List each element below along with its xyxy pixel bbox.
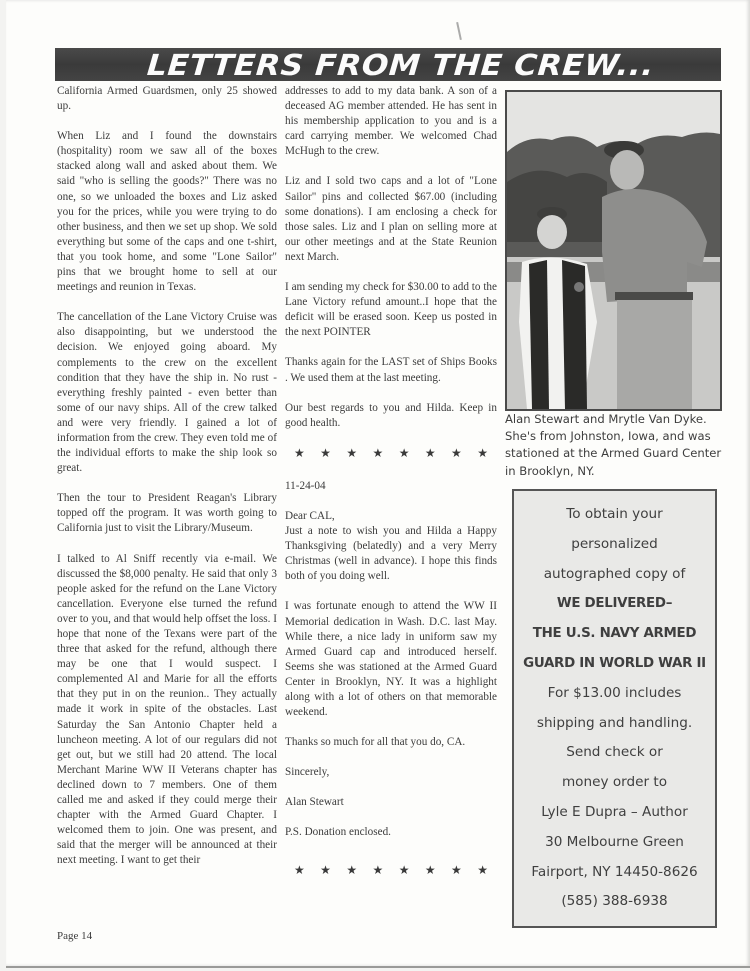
ad-line: money order to [514, 768, 715, 798]
ad-phone: (585) 388-6938 [514, 887, 715, 917]
ad-book-title: GUARD IN WORLD WAR II [514, 649, 715, 679]
page-number: Page 14 [57, 930, 92, 942]
letter-signature: Alan Stewart [285, 795, 497, 810]
column-2: addresses to add to my data bank. A son … [285, 84, 497, 896]
star-icon: ★ [294, 446, 305, 461]
paragraph: Then the tour to President Reagan's Libr… [57, 491, 277, 536]
star-icon: ★ [373, 446, 384, 461]
paragraph: The cancellation of the Lane Victory Cru… [57, 310, 277, 476]
ad-address: Fairport, NY 14450-8626 [514, 858, 715, 888]
ad-price: For $13.00 includes [514, 679, 715, 709]
ad-line: shipping and handling. [514, 709, 715, 739]
paragraph: I was fortunate enough to attend the WW … [285, 599, 497, 720]
star-icon: ★ [320, 863, 331, 878]
ad-book-title: THE U.S. NAVY ARMED [514, 619, 715, 649]
ad-line: autographed copy of [514, 560, 715, 590]
star-icon: ★ [451, 863, 462, 878]
star-icon: ★ [294, 863, 305, 878]
letter-closing: Sincerely, [285, 765, 497, 780]
star-separator: ★ ★ ★ ★ ★ ★ ★ ★ [285, 446, 497, 461]
photo-caption: Alan Stewart and Mrytle Van Dyke. She's … [505, 411, 729, 480]
star-icon: ★ [477, 446, 488, 461]
star-icon: ★ [425, 446, 436, 461]
star-icon: ★ [477, 863, 488, 878]
paragraph: Our best regards to you and Hilda. Keep … [285, 401, 497, 431]
star-icon: ★ [320, 446, 331, 461]
section-title: LETTERS FROM THE CREW... [120, 48, 655, 82]
paragraph: Thanks so much for all that you do, CA. [285, 735, 497, 750]
ad-line: To obtain your [514, 500, 715, 530]
ad-line: personalized [514, 530, 715, 560]
paragraph: Just a note to wish you and Hilda a Happ… [285, 524, 497, 584]
column-1: California Armed Guardsmen, only 25 show… [57, 84, 277, 884]
star-icon: ★ [399, 863, 410, 878]
ad-author: Lyle E Dupra – Author [514, 798, 715, 828]
star-icon: ★ [451, 446, 462, 461]
ad-line: Send check or [514, 738, 715, 768]
paragraph: I am sending my check for $30.00 to add … [285, 280, 497, 340]
star-icon: ★ [425, 863, 436, 878]
star-separator: ★ ★ ★ ★ ★ ★ ★ ★ [285, 863, 497, 878]
letter-salutation: Dear CAL, [285, 509, 497, 524]
newsletter-page: LETTERS FROM THE CREW... California Arme… [6, 0, 750, 968]
scan-mark [456, 22, 462, 40]
paragraph: When Liz and I found the downstairs (hos… [57, 129, 277, 295]
paragraph: addresses to add to my data bank. A son … [285, 84, 497, 159]
paragraph: Liz and I sold two caps and a lot of "Lo… [285, 174, 497, 265]
section-banner: LETTERS FROM THE CREW... [55, 48, 721, 81]
paragraph: I talked to Al Sniff recently via e-mail… [57, 552, 277, 869]
ad-address: 30 Melbourne Green [514, 828, 715, 858]
star-icon: ★ [346, 446, 357, 461]
letter-date: 11-24-04 [285, 479, 497, 494]
paragraph: California Armed Guardsmen, only 25 show… [57, 84, 277, 114]
star-icon: ★ [373, 863, 384, 878]
star-icon: ★ [346, 863, 357, 878]
photo [505, 90, 722, 411]
photo-image [507, 92, 720, 409]
ad-book-title: WE DELIVERED– [514, 589, 715, 619]
star-icon: ★ [399, 446, 410, 461]
paragraph: Thanks again for the LAST set of Ships B… [285, 355, 497, 385]
letter-postscript: P.S. Donation enclosed. [285, 825, 497, 840]
book-order-ad: To obtain your personalized autographed … [512, 489, 717, 928]
